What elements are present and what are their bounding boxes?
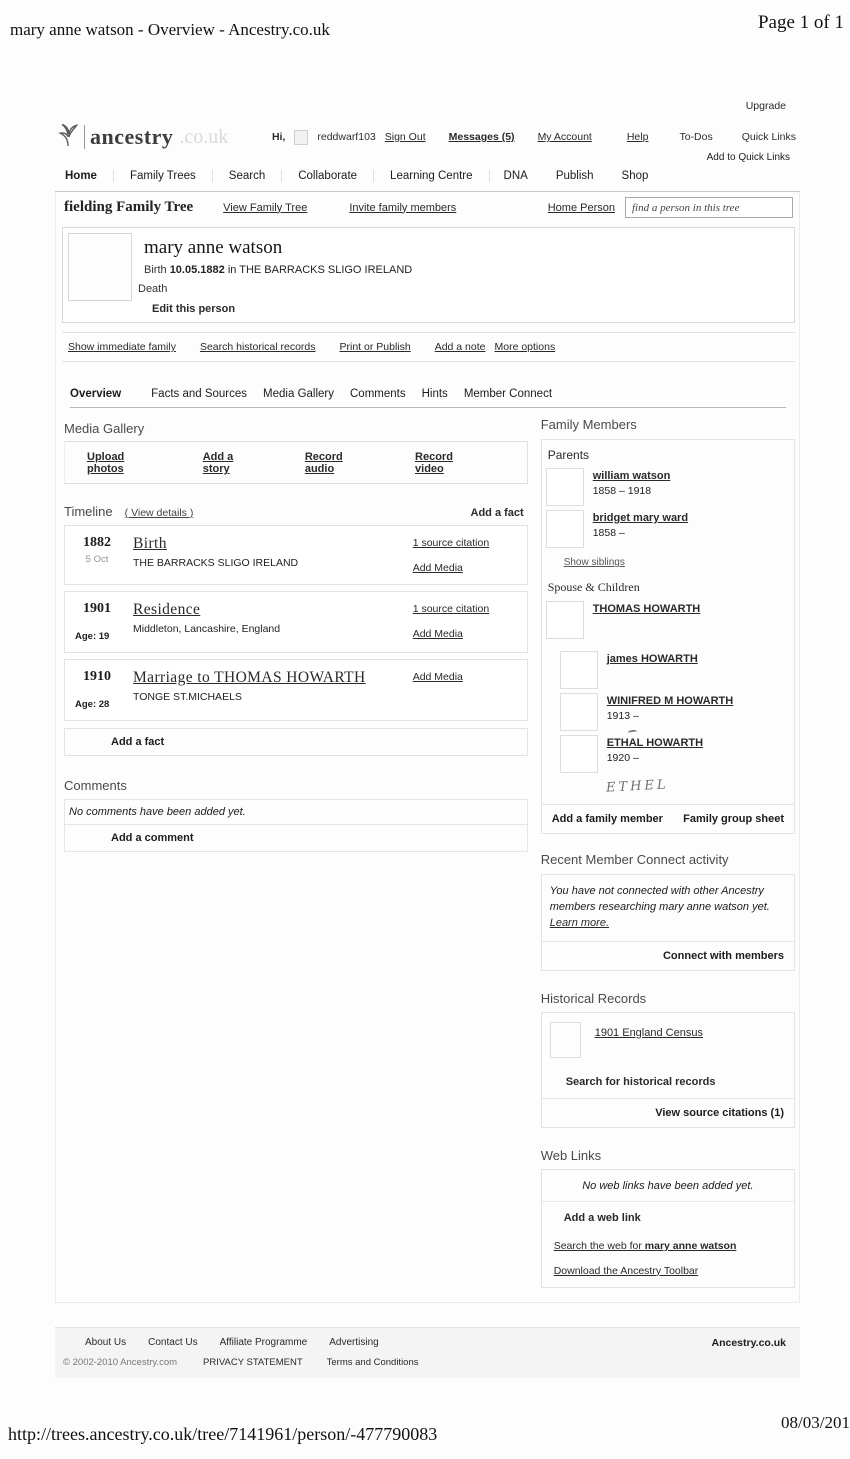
- copyright-text: © 2002-2010 Ancestry.com: [63, 1357, 177, 1368]
- footer-brand: Ancestry.co.uk: [712, 1337, 787, 1349]
- print-page-title: mary anne watson - Overview - Ancestry.c…: [10, 20, 330, 40]
- print-or-publish-link[interactable]: Print or Publish: [340, 341, 411, 353]
- show-siblings-link[interactable]: Show siblings: [564, 557, 625, 568]
- parent-row: bridget mary ward 1858 –: [546, 510, 790, 548]
- tree-name: fielding Family Tree: [64, 199, 193, 216]
- event-title-link[interactable]: Birth: [133, 535, 167, 553]
- connect-with-members-button[interactable]: Connect with members: [542, 942, 794, 970]
- search-web-link[interactable]: Search the web for mary anne watson: [554, 1240, 794, 1252]
- affiliate-programme-link[interactable]: Affiliate Programme: [220, 1337, 308, 1348]
- logo-tld: .co.uk: [179, 126, 228, 149]
- member-connect-message: You have not connected with other Ancest…: [550, 885, 770, 913]
- member-photo-placeholder[interactable]: [560, 693, 598, 731]
- advertising-link[interactable]: Advertising: [329, 1337, 378, 1348]
- death-label: Death: [138, 283, 167, 295]
- nav-item-publish[interactable]: Publish: [542, 170, 608, 182]
- event-year: 1882: [75, 535, 119, 551]
- event-title-link[interactable]: Residence: [133, 601, 200, 619]
- member-years: 1920 –: [607, 752, 703, 764]
- member-name-link[interactable]: bridget mary ward: [593, 512, 688, 524]
- view-details-link[interactable]: ( View details ): [125, 507, 194, 519]
- quick-links-link[interactable]: Quick Links: [742, 131, 796, 143]
- masthead: ancestry .co.uk Hi, reddwarf103 Sign Out…: [55, 115, 800, 159]
- primary-nav: Home Family Trees Search Collaborate Lea…: [55, 162, 800, 191]
- add-a-web-link-button[interactable]: Add a web link: [542, 1202, 794, 1234]
- invite-family-members-link[interactable]: Invite family members: [349, 202, 456, 214]
- timeline-event-residence: 1901 Age: 19 Residence Middleton, Lancas…: [64, 591, 528, 653]
- tab-overview[interactable]: Overview: [70, 388, 121, 400]
- user-links: Hi, reddwarf103 Sign Out Messages (5) My…: [272, 130, 796, 145]
- show-immediate-family-link[interactable]: Show immediate family: [68, 341, 176, 353]
- nav-item-collaborate[interactable]: Collaborate: [282, 170, 374, 182]
- tab-hints[interactable]: Hints: [422, 388, 448, 400]
- ancestry-page: Upgrade ancestry .co.uk Hi, reddwarf103 …: [55, 100, 800, 1378]
- member-connect-box: You have not connected with other Ancest…: [541, 874, 795, 971]
- event-detail: TONGE ST.MICHAELS: [133, 691, 413, 703]
- nav-item-family-trees[interactable]: Family Trees: [114, 170, 213, 182]
- edit-this-person-link[interactable]: Edit this person: [152, 303, 235, 315]
- tree-bar: fielding Family Tree View Family Tree In…: [56, 192, 799, 222]
- help-link[interactable]: Help: [627, 131, 649, 143]
- upgrade-link[interactable]: Upgrade: [746, 100, 786, 112]
- primary-nav-wrap: Add to Quick Links Home Family Trees Sea…: [55, 160, 800, 192]
- privacy-statement-link[interactable]: PRIVACY STATEMENT: [203, 1357, 303, 1368]
- username[interactable]: reddwarf103: [317, 131, 375, 143]
- birth-place: THE BARRACKS SLIGO IRELAND: [239, 264, 412, 276]
- event-detail: THE BARRACKS SLIGO IRELAND: [133, 557, 413, 569]
- member-photo-placeholder[interactable]: [560, 651, 598, 689]
- nav-item-shop[interactable]: Shop: [608, 170, 663, 182]
- download-toolbar-link[interactable]: Download the Ancestry Toolbar: [554, 1265, 794, 1277]
- timeline-event-marriage: 1910 Age: 28 Marriage to THOMAS HOWARTH …: [64, 659, 528, 721]
- web-links-heading: Web Links: [541, 1148, 795, 1163]
- view-family-tree-link[interactable]: View Family Tree: [223, 202, 307, 214]
- child-row: james HOWARTH: [560, 651, 790, 689]
- event-subtext: Age: 28: [75, 699, 119, 710]
- ancestry-logo[interactable]: ancestry .co.uk: [57, 121, 228, 153]
- spouse-children-label: Spouse & Children: [548, 580, 790, 595]
- view-source-citations-button[interactable]: View source citations (1): [542, 1099, 794, 1127]
- person-action-bar: Show immediate family Search historical …: [62, 332, 795, 362]
- upload-photos-link[interactable]: Upload photos: [87, 451, 151, 475]
- comments-box: No comments have been added yet. Add a c…: [64, 799, 528, 852]
- person-photo-placeholder[interactable]: [68, 233, 132, 301]
- child-row: ETHAL HOWARTH 1920 –: [560, 735, 790, 773]
- tab-member-connect[interactable]: Member Connect: [464, 388, 552, 400]
- handwritten-correction-mark: [627, 729, 636, 734]
- family-members-panel: Parents william watson 1858 – 1918 bridg…: [541, 439, 795, 834]
- timeline-event-birth: 1882 5 Oct Birth THE BARRACKS SLIGO IREL…: [64, 525, 528, 585]
- record-row: 1901 England Census: [542, 1013, 794, 1066]
- event-subtext: Age: 19: [75, 631, 119, 642]
- birth-row: Birth 10.05.1882 in THE BARRACKS SLIGO I…: [144, 264, 412, 276]
- event-detail: Middleton, Lancashire, England: [133, 623, 413, 635]
- add-to-quick-links-link[interactable]: Add to Quick Links: [707, 152, 790, 163]
- print-page-number: Page 1 of 1: [758, 12, 844, 34]
- member-photo-placeholder[interactable]: [560, 735, 598, 773]
- home-person-link[interactable]: Home Person: [548, 202, 615, 214]
- terms-and-conditions-link[interactable]: Terms and Conditions: [327, 1357, 419, 1368]
- tab-media-gallery[interactable]: Media Gallery: [263, 388, 334, 400]
- search-historical-records-link[interactable]: Search historical records: [200, 341, 316, 353]
- member-name-link[interactable]: william watson: [593, 470, 671, 482]
- source-citation-link[interactable]: 1 source citation: [413, 537, 521, 549]
- add-a-story-link[interactable]: Add a story: [203, 451, 253, 475]
- add-family-member-button[interactable]: Add a family member: [552, 813, 663, 825]
- contact-us-link[interactable]: Contact Us: [148, 1337, 197, 1348]
- member-name-link[interactable]: james HOWARTH: [607, 653, 698, 665]
- print-footer-url: http://trees.ancestry.co.uk/tree/7141961…: [8, 1424, 437, 1445]
- timeline-header: Timeline ( View details ) Add a fact: [64, 504, 528, 519]
- nav-item-learning-centre[interactable]: Learning Centre: [374, 170, 489, 182]
- web-links-box: No web links have been added yet. Add a …: [541, 1169, 795, 1288]
- add-a-note-link[interactable]: Add a note: [435, 341, 486, 353]
- about-us-link[interactable]: About Us: [85, 1337, 126, 1348]
- member-name-link[interactable]: WINIFRED M HOWARTH: [607, 695, 733, 707]
- member-name-link[interactable]: ETHAL HOWARTH: [607, 737, 703, 749]
- tab-facts-and-sources[interactable]: Facts and Sources: [151, 388, 247, 400]
- site-footer: About Us Contact Us Affiliate Programme …: [55, 1327, 800, 1378]
- more-options-link[interactable]: More options: [495, 341, 556, 353]
- member-years: 1858 – 1918: [593, 485, 671, 497]
- add-a-fact-link[interactable]: Add a fact: [471, 507, 524, 519]
- search-web-prefix: Search the web for: [554, 1240, 645, 1252]
- member-connect-heading: Recent Member Connect activity: [541, 852, 795, 867]
- event-subtext: 5 Oct: [75, 554, 119, 565]
- logo-wordmark: ancestry: [90, 124, 173, 150]
- add-a-comment-button[interactable]: Add a comment: [65, 825, 527, 851]
- overview-right-column: Family Members Parents william watson 18…: [541, 408, 795, 1288]
- family-members-heading: Family Members: [541, 417, 795, 432]
- birth-in: in: [228, 264, 237, 276]
- timeline-heading: Timeline: [64, 504, 113, 519]
- nav-item-home[interactable]: Home: [61, 170, 114, 182]
- death-row: Death: [138, 283, 412, 295]
- event-title-link[interactable]: Marriage to THOMAS HOWARTH: [133, 669, 366, 687]
- record-video-link[interactable]: Record video: [415, 451, 473, 475]
- my-account-link[interactable]: My Account: [538, 131, 592, 143]
- member-years: 1858 –: [593, 527, 688, 539]
- birth-date: 10.05.1882: [170, 264, 225, 276]
- member-photo-placeholder[interactable]: [546, 468, 584, 506]
- family-members-buttons: Add a family member Family group sheet: [542, 804, 794, 833]
- parent-row: william watson 1858 – 1918: [546, 468, 790, 506]
- print-header: mary anne watson - Overview - Ancestry.c…: [10, 12, 844, 40]
- event-year: 1901: [75, 601, 119, 617]
- event-year: 1910: [75, 669, 119, 685]
- content-frame: fielding Family Tree View Family Tree In…: [55, 192, 800, 1303]
- comments-heading: Comments: [64, 778, 528, 793]
- nav-item-search[interactable]: Search: [213, 170, 282, 182]
- parents-label: Parents: [548, 448, 790, 462]
- web-links-empty-text: No web links have been added yet.: [542, 1170, 794, 1202]
- record-thumbnail-placeholder[interactable]: [550, 1022, 581, 1058]
- handwritten-note: ETHEL: [605, 777, 668, 795]
- spouse-row: THOMAS HOWARTH: [546, 601, 790, 639]
- add-media-link[interactable]: Add Media: [413, 671, 521, 683]
- add-media-link[interactable]: Add Media: [413, 628, 521, 640]
- birth-label: Birth: [144, 264, 167, 276]
- tab-comments[interactable]: Comments: [350, 388, 406, 400]
- learn-more-link[interactable]: Learn more.: [550, 917, 609, 929]
- member-name-link[interactable]: THOMAS HOWARTH: [593, 603, 701, 615]
- media-gallery-heading: Media Gallery: [64, 421, 528, 436]
- member-connect-text: You have not connected with other Ancest…: [542, 875, 794, 942]
- ancestry-leaf-icon: [57, 121, 79, 153]
- historical-records-heading: Historical Records: [541, 991, 795, 1006]
- add-media-link[interactable]: Add Media: [413, 562, 521, 574]
- greeting-label: Hi,: [272, 131, 285, 143]
- person-name: mary anne watson: [144, 237, 412, 259]
- member-years: 1913 –: [607, 710, 733, 722]
- source-citation-link[interactable]: 1 source citation: [413, 603, 521, 615]
- search-historical-records-button[interactable]: Search for historical records: [542, 1066, 794, 1099]
- sign-out-link[interactable]: Sign Out: [385, 131, 426, 143]
- add-a-fact-button[interactable]: Add a fact: [64, 728, 528, 756]
- member-photo-placeholder[interactable]: [546, 510, 584, 548]
- todos-link[interactable]: To-Dos: [679, 131, 712, 143]
- family-group-sheet-button[interactable]: Family group sheet: [683, 813, 784, 825]
- historical-records-box: 1901 England Census Search for historica…: [541, 1012, 795, 1128]
- child-row: WINIFRED M HOWARTH 1913 –: [560, 693, 790, 731]
- print-footer-date: 08/03/201: [781, 1413, 850, 1433]
- record-audio-link[interactable]: Record audio: [305, 451, 363, 475]
- find-person-input[interactable]: [625, 197, 793, 218]
- nav-item-dna[interactable]: DNA: [490, 170, 542, 182]
- messages-link[interactable]: Messages (5): [449, 131, 515, 143]
- comments-empty-text: No comments have been added yet.: [65, 800, 527, 825]
- search-web-name: mary anne watson: [645, 1240, 737, 1252]
- timeline-events: 1882 5 Oct Birth THE BARRACKS SLIGO IREL…: [64, 525, 528, 721]
- logo-divider: [84, 125, 85, 149]
- media-gallery-links: Upload photos Add a story Record audio R…: [64, 441, 528, 484]
- member-photo-placeholder[interactable]: [546, 601, 584, 639]
- overview-left-column: Media Gallery Upload photos Add a story …: [64, 408, 528, 1288]
- user-avatar-icon: [294, 130, 308, 145]
- census-record-link[interactable]: 1901 England Census: [595, 1027, 703, 1058]
- person-card: mary anne watson Birth 10.05.1882 in THE…: [62, 227, 795, 323]
- person-tabs: Overview Facts and Sources Media Gallery…: [70, 388, 786, 408]
